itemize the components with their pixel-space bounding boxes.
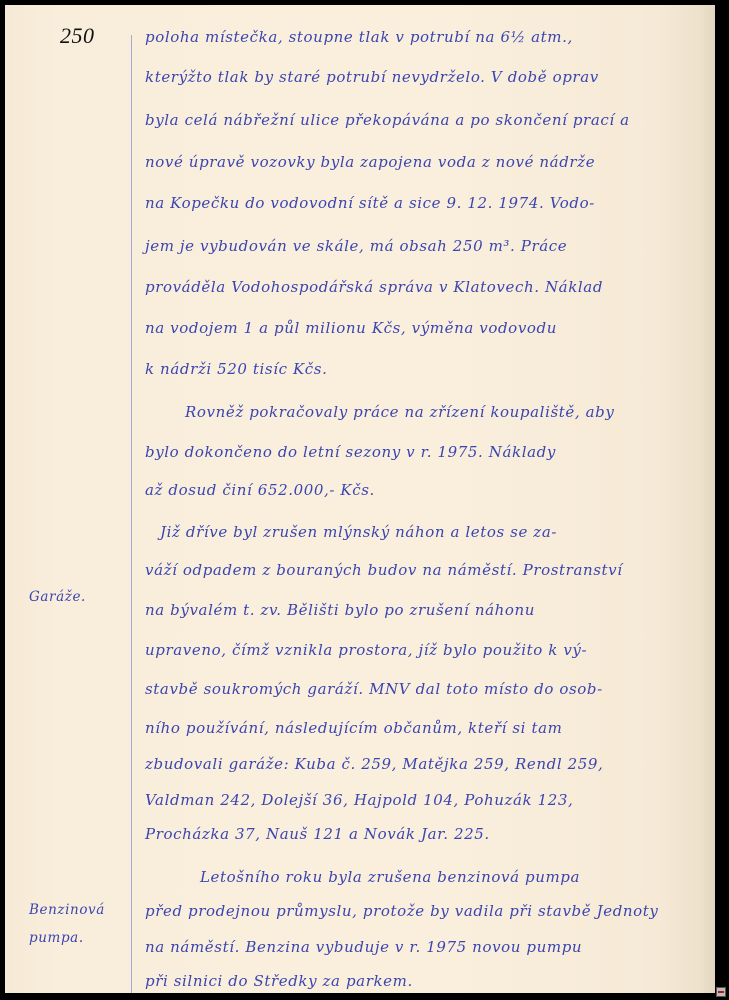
text-line: jem je vybudován ve skále, má obsah 250 … bbox=[145, 237, 567, 255]
text-line: k nádrži 520 tisíc Kčs. bbox=[145, 360, 327, 378]
text-line: poloha místečka, stoupne tlak v potrubí … bbox=[145, 28, 573, 46]
text-line: na náměstí. Benzina vybuduje v r. 1975 n… bbox=[145, 938, 582, 956]
margin-note-benzinova: Benzinová bbox=[29, 902, 105, 918]
text-line: Rovněž pokračovaly práce na zřízení koup… bbox=[185, 403, 614, 421]
journal-page: 250 poloha místečka, stoupne tlak v potr… bbox=[5, 5, 715, 993]
text-line: prováděla Vodohospodářská správa v Klato… bbox=[145, 278, 603, 296]
text-line: na vodojem 1 a půl milionu Kčs, výměna v… bbox=[145, 319, 557, 337]
margin-rule bbox=[131, 35, 132, 993]
page-number: 250 bbox=[60, 23, 95, 49]
text-line: až dosud činí 652.000,- Kčs. bbox=[145, 481, 375, 499]
text-line: nové úpravě vozovky byla zapojena voda z… bbox=[145, 153, 595, 171]
text-line: upraveno, čímž vznikla prostora, jíž byl… bbox=[145, 641, 587, 659]
text-line: Procházka 37, Nauš 121 a Novák Jar. 225. bbox=[145, 825, 490, 843]
text-line: kterýžto tlak by staré potrubí nevydržel… bbox=[145, 68, 599, 86]
text-line: na bývalém t. zv. Bělišti bylo po zrušen… bbox=[145, 601, 535, 619]
margin-note-garaze: Garáže. bbox=[29, 589, 86, 605]
text-line: na Kopečku do vodovodní sítě a sice 9. 1… bbox=[145, 194, 595, 212]
text-line: ního používání, následujícím občanům, kt… bbox=[145, 719, 562, 737]
text-line: váží odpadem z bouraných budov na náměst… bbox=[145, 561, 623, 579]
margin-note-pumpa: pumpa. bbox=[29, 930, 84, 946]
text-line: při silnici do Středky za parkem. bbox=[145, 972, 413, 990]
text-line: zbudovali garáže: Kuba č. 259, Matějka 2… bbox=[145, 755, 603, 773]
text-line: byla celá nábřežní ulice překopávána a p… bbox=[145, 111, 630, 129]
text-line: stavbě soukromých garáží. MNV dal toto m… bbox=[145, 680, 603, 698]
text-line: Letošního roku byla zrušena benzinová pu… bbox=[200, 868, 580, 886]
minimize-icon[interactable] bbox=[716, 987, 726, 997]
text-line: Valdman 242, Dolejší 36, Hajpold 104, Po… bbox=[145, 791, 573, 809]
text-line: Již dříve byl zrušen mlýnský náhon a let… bbox=[160, 523, 557, 541]
text-line: bylo dokončeno do letní sezony v r. 1975… bbox=[145, 443, 556, 461]
text-line: před prodejnou průmyslu, protože by vadi… bbox=[145, 902, 659, 920]
